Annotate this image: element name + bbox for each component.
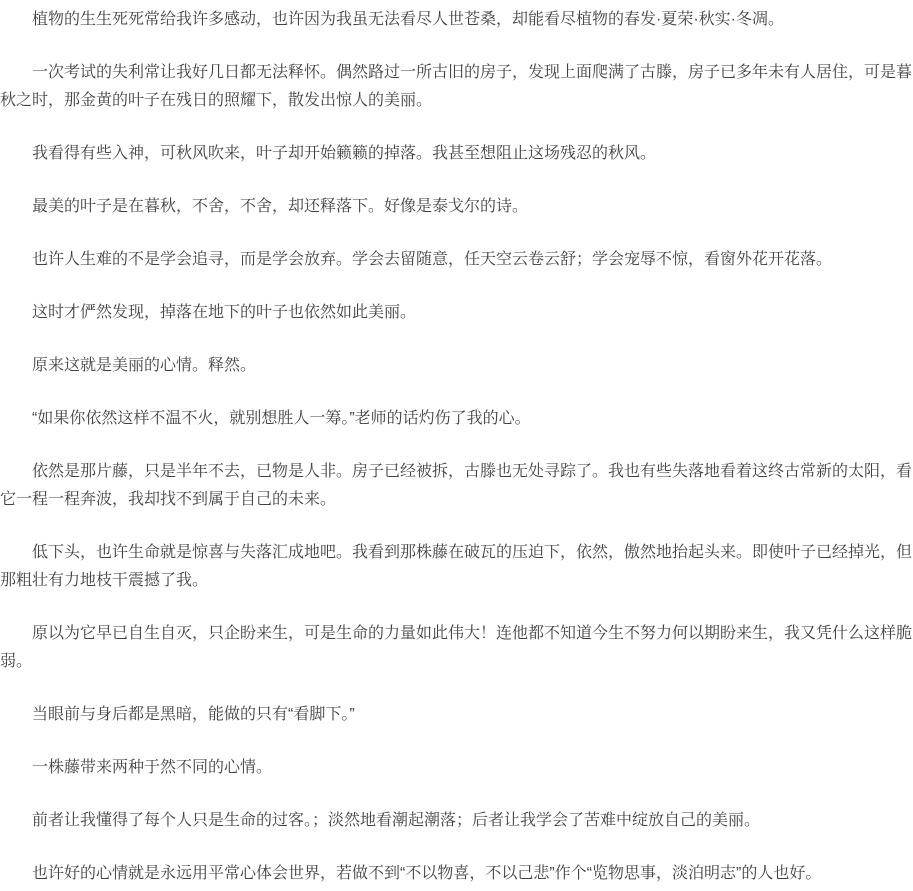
paragraph-3: 我看得有些入神，可秋风吹来，叶子却开始籁籁的掉落。我甚至想阻止这场残忍的秋风。 xyxy=(0,140,913,168)
paragraph-10: 低下头，也许生命就是惊喜与失落汇成地吧。我看到那株藤在破瓦的压迫下，依然，傲然地… xyxy=(0,539,913,595)
paragraph-9: 依然是那片藤，只是半年不去，已物是人非。房子已经被拆，古滕也无处寻踪了。我也有些… xyxy=(0,458,913,514)
paragraph-1: 植物的生生死死常给我许多感动，也许因为我虽无法看尽人世苍桑，却能看尽植物的春发·… xyxy=(0,6,913,34)
paragraph-15: 也许好的心情就是永远用平常心体会世界，若做不到“不以物喜，不以己悲”作个“览物思… xyxy=(0,860,913,888)
paragraph-8: “如果你依然这样不温不火，就别想胜人一筹。”老师的话灼伤了我的心。 xyxy=(0,405,913,433)
paragraph-14: 前者让我懂得了每个人只是生命的过客。；淡然地看潮起潮落；后者让我学会了苦难中绽放… xyxy=(0,807,913,835)
paragraph-13: 一株藤带来两种于然不同的心情。 xyxy=(0,754,913,782)
paragraph-11: 原以为它早已自生自灭，只企盼来生，可是生命的力量如此伟大！连他都不知道今生不努力… xyxy=(0,620,913,676)
paragraph-2: 一次考试的失利常让我好几日都无法释怀。偶然路过一所古旧的房子，发现上面爬满了古滕… xyxy=(0,59,913,115)
page: { "colors": { "background": "#ffffff", "… xyxy=(0,0,913,888)
essay-document: 植物的生生死死常给我许多感动，也许因为我虽无法看尽人世苍桑，却能看尽植物的春发·… xyxy=(0,0,913,888)
paragraph-12: 当眼前与身后都是黑暗，能做的只有“看脚下。” xyxy=(0,701,913,729)
paragraph-6: 这时才俨然发现，掉落在地下的叶子也依然如此美丽。 xyxy=(0,299,913,327)
paragraph-7: 原来这就是美丽的心情。释然。 xyxy=(0,352,913,380)
paragraph-4: 最美的叶子是在暮秋，不舍，不舍，却还释落下。好像是泰戈尔的诗。 xyxy=(0,193,913,221)
paragraph-5: 也许人生难的不是学会追寻，而是学会放弃。学会去留随意，任天空云卷云舒；学会宠辱不… xyxy=(0,246,913,274)
